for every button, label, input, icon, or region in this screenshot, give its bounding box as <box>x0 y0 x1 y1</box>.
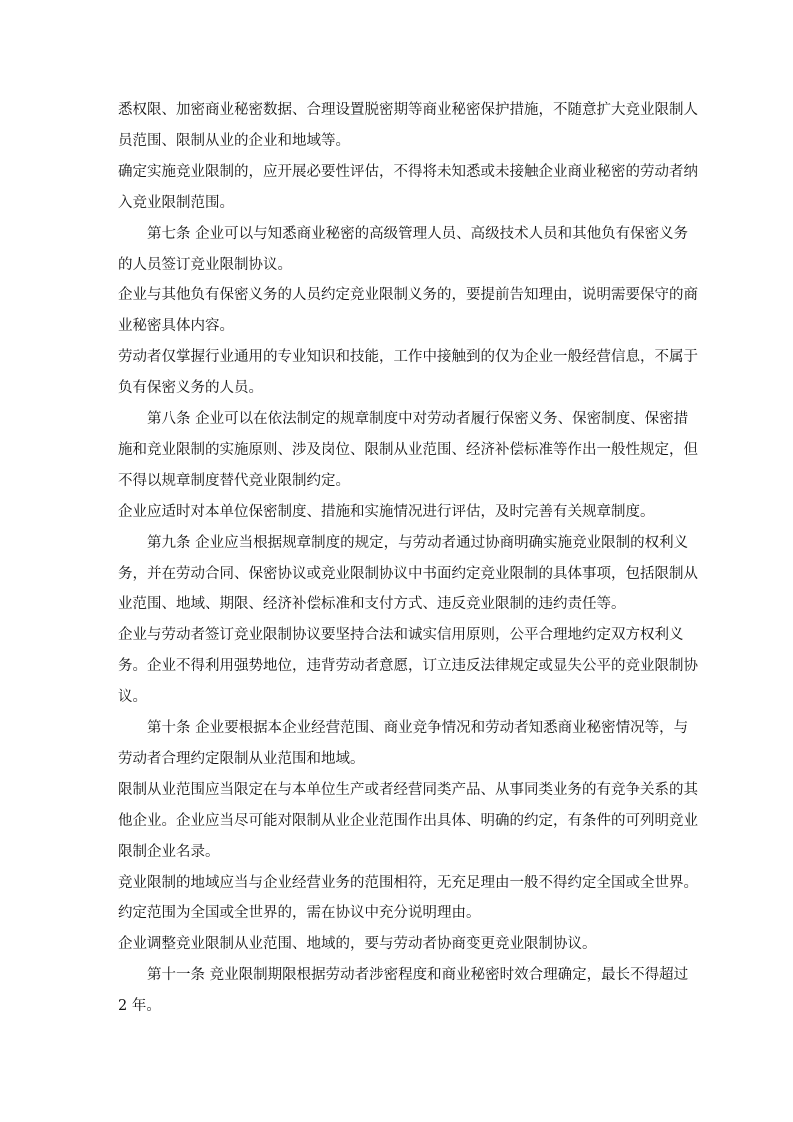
text-line: 员范围、限制从业的企业和地域等。 <box>118 131 672 151</box>
text-line: 劳动者合理约定限制从业范围和地域。 <box>118 749 672 769</box>
text-line: 入竞业限制范围。 <box>118 193 672 213</box>
text-line: 的人员签订竞业限制协议。 <box>118 255 672 275</box>
text-line: 他企业。企业应当尽可能对限制从业企业范围作出具体、明确的约定，有条件的可列明竞业 <box>118 811 672 831</box>
text-line: 第九条 企业应当根据规章制度的规定，与劳动者通过协商明确实施竞业限制的权利义 <box>147 533 672 553</box>
text-line: 确定实施竞业限制的，应开展必要性评估，不得将未知悉或未接触企业商业秘密的劳动者纳 <box>118 162 672 182</box>
text-line: 限制从业范围应当限定在与本单位生产或者经营同类产品、从事同类业务的有竞争关系的其 <box>118 780 672 800</box>
text-line: 务，并在劳动合同、保密协议或竞业限制协议中书面约定竞业限制的具体事项，包括限制从 <box>118 564 672 584</box>
text-line: 约定范围为全国或全世界的，需在协议中充分说明理由。 <box>118 903 672 923</box>
text-line: 负有保密义务的人员。 <box>118 378 672 398</box>
document-page: 悉权限、加密商业秘密数据、合理设置脱密期等商业秘密保护措施，不随意扩大竞业限制人… <box>0 0 793 1122</box>
text-line: 企业调整竞业限制从业范围、地域的，要与劳动者协商变更竞业限制协议。 <box>118 934 672 954</box>
text-line: 企业应适时对本单位保密制度、措施和实施情况进行评估，及时完善有关规章制度。 <box>118 502 672 522</box>
text-line: 限制企业名录。 <box>118 842 672 862</box>
text-line: 第八条 企业可以在依法制定的规章制度中对劳动者履行保密义务、保密制度、保密措 <box>147 409 672 429</box>
text-line: 业范围、地域、期限、经济补偿标准和支付方式、违反竞业限制的违约责任等。 <box>118 594 672 614</box>
text-line: 竞业限制的地域应当与企业经营业务的范围相符，无充足理由一般不得约定全国或全世界。 <box>118 873 672 893</box>
text-line: 劳动者仅掌握行业通用的专业知识和技能，工作中接触到的仅为企业一般经营信息，不属于 <box>118 347 672 367</box>
text-line: 悉权限、加密商业秘密数据、合理设置脱密期等商业秘密保护措施，不随意扩大竞业限制人 <box>118 100 672 120</box>
text-line: 第十一条 竞业限制期限根据劳动者涉密程度和商业秘密时效合理确定，最长不得超过 <box>147 965 672 985</box>
text-line: 第十条 企业要根据本企业经营范围、商业竞争情况和劳动者知悉商业秘密情况等，与 <box>147 718 672 738</box>
text-line: 施和竞业限制的实施原则、涉及岗位、限制从业范围、经济补偿标准等作出一般性规定，但 <box>118 440 672 460</box>
text-line: 议。 <box>118 687 672 707</box>
text-line: 不得以规章制度替代竞业限制约定。 <box>118 471 672 491</box>
text-line: 企业与其他负有保密义务的人员约定竞业限制义务的，要提前告知理由，说明需要保守的商 <box>118 285 672 305</box>
text-line: 务。企业不得利用强势地位，违背劳动者意愿，订立违反法律规定或显失公平的竞业限制协 <box>118 656 672 676</box>
text-line: 业秘密具体内容。 <box>118 316 672 336</box>
text-line: 2 年。 <box>118 996 672 1016</box>
text-line: 企业与劳动者签订竞业限制协议要坚持合法和诚实信用原则，公平合理地约定双方权利义 <box>118 625 672 645</box>
text-line: 第七条 企业可以与知悉商业秘密的高级管理人员、高级技术人员和其他负有保密义务 <box>147 224 672 244</box>
